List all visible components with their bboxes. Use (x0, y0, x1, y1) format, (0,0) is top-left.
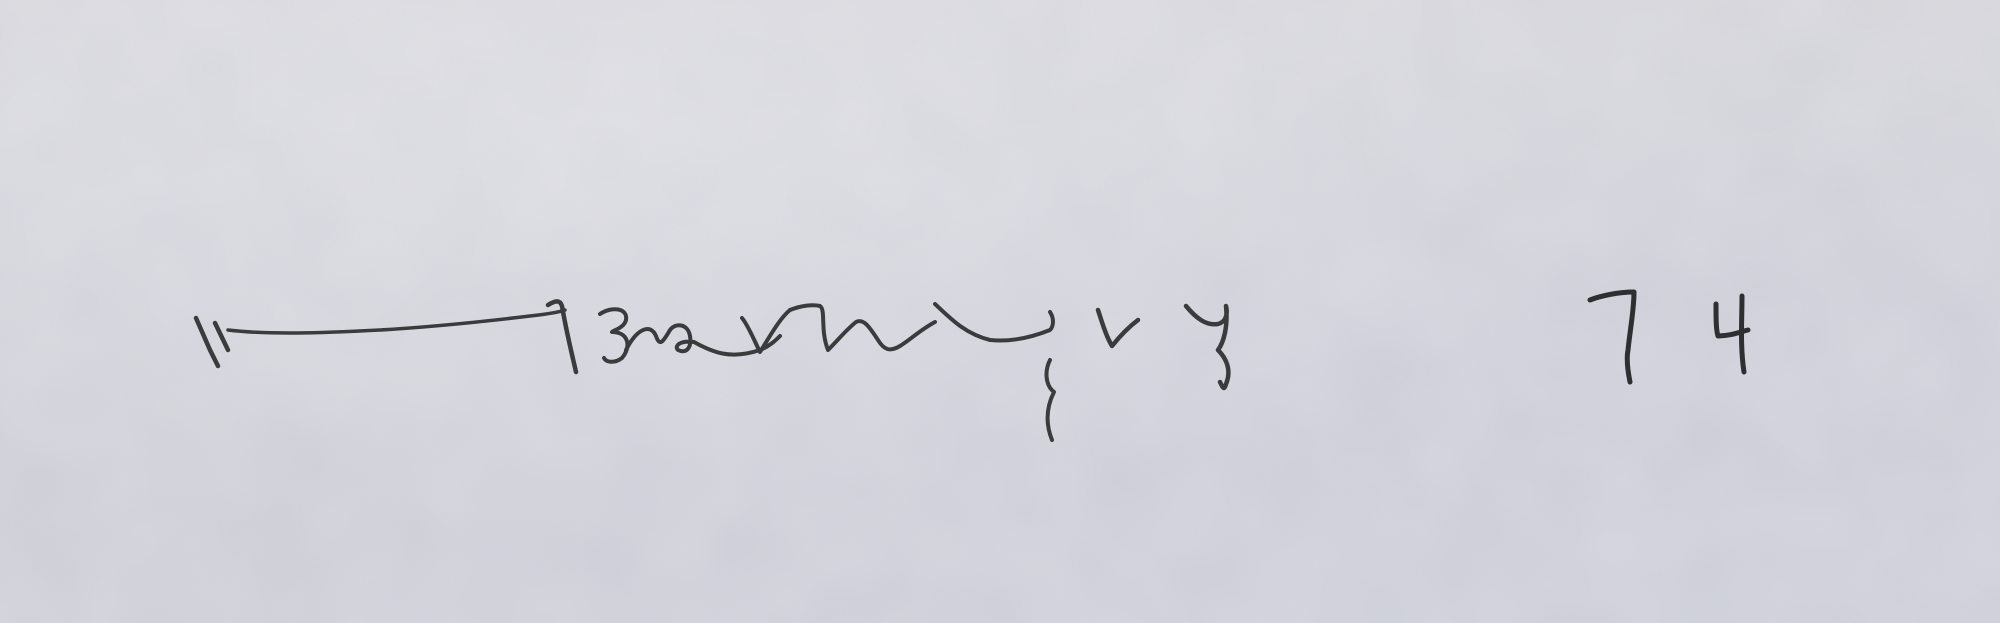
year-digit-7 (1590, 292, 1634, 382)
handwritten-signature (0, 0, 2000, 623)
year-digit-4 (1716, 296, 1748, 372)
signature-stroke-wave (790, 305, 935, 350)
signature-stroke-small-v (1098, 310, 1138, 346)
signature-stroke-descender (1047, 360, 1054, 440)
signature-stroke-y (935, 304, 1053, 341)
signature-year (1590, 292, 1748, 382)
signature-stroke-dash (228, 310, 565, 333)
paper-background (0, 0, 2000, 623)
signature-stroke-s-glyph (1186, 306, 1228, 388)
signature-stroke-tick-2 (215, 323, 228, 350)
signature-stroke-three (600, 309, 627, 362)
signature-stroke-v (742, 310, 790, 352)
